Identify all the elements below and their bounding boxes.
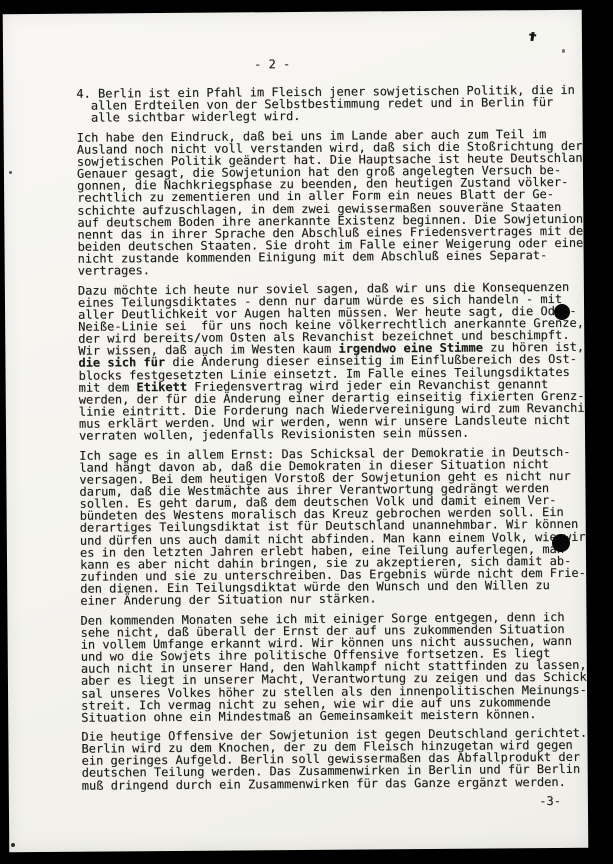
paragraph-demokratie: Ich sage es in allem Ernst: Das Schicksa… (79, 445, 588, 607)
paragraph-kommende-monate: Den kommenden Monaten sehe ich mit einig… (80, 610, 588, 723)
hole-punch-mark (552, 534, 570, 552)
scan-speck (9, 171, 12, 174)
paragraph-soviet-policy: Ich habe den Eindruck, daß bei uns im La… (77, 127, 589, 277)
list-item-4: 4. Berlin ist ein Pfahl im Fleisch jener… (76, 84, 588, 125)
paragraph-offensive: Die heutige Offensive der Sowjetunion is… (81, 727, 588, 792)
page-number-top: - 2 - (254, 56, 588, 71)
page-number-bottom: -3- (82, 794, 588, 810)
scanned-document-page: - 2 - 4. Berlin ist ein Pfahl im Fleisch… (3, 10, 589, 853)
scan-speck (11, 843, 15, 847)
typewritten-text-block: - 2 - 4. Berlin ist ein Pfahl im Fleisch… (76, 56, 588, 811)
paragraph-teilungsdiktat: Dazu möchte ich heute nur soviel sagen, … (78, 280, 588, 442)
hole-punch-mark (554, 304, 570, 320)
scan-speck (562, 49, 565, 53)
